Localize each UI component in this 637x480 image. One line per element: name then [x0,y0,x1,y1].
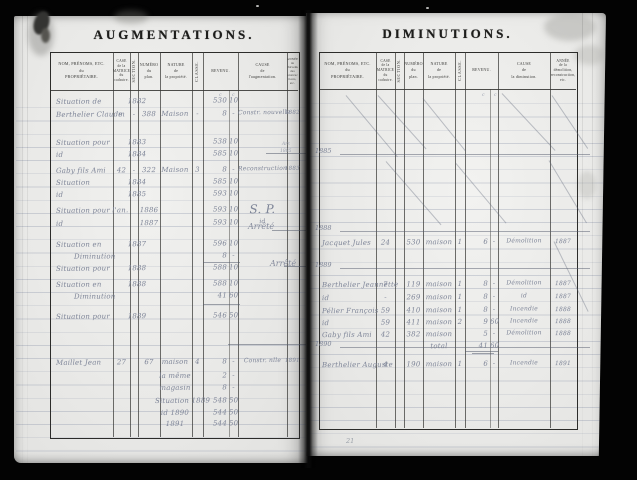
entry-nature: la même [155,372,195,380]
entry-revc: 60 [490,318,498,326]
entry-revf: 593 [203,189,227,197]
entry-cause: id [498,292,550,299]
entry-revc: - [490,238,498,246]
entry-name: Situation en [56,281,102,289]
entry-nature: Maison [155,110,195,118]
entry-case: 4 [376,361,395,369]
entry-revf: 9 [465,318,488,326]
entry-name: Situation pour l'an. [56,206,128,215]
entry-cause: Constr. nlle [238,357,287,364]
entry-revf: 585 [203,177,227,185]
entry-revc: - [490,330,498,338]
entry-revf: 8 [203,383,227,391]
ledger-entry-row: Maillet Jean2767maison48-Constr. nlle189… [14,357,308,372]
entry-name: Pélier François [322,307,379,315]
entry-classe: 1 [455,306,465,314]
entry-cause: Constr. nouvelle [238,109,287,116]
ledger-entry-row: 189154450 [14,419,308,434]
entry-revc: - [490,360,498,368]
handwritten-entries: Jacquet Jules24530maison16-Démolition188… [306,13,606,456]
entry-annee: 1888 [550,306,576,313]
entry-annee: 1882 [285,110,299,116]
entry-revc: 10 [229,239,238,247]
entry-name_in: Diminution [74,292,116,300]
entry-revf: 41 [203,291,227,299]
entry-name: Situation pour [56,264,110,272]
entry-nature: maison [420,280,458,288]
entry-cause: Démolition [498,279,550,286]
entry-revf: 8 [203,109,227,117]
page-number: 21 [346,437,354,445]
entry-revc: - [490,280,498,288]
entry-cause: Incendie [498,359,550,366]
entry-revc: 50 [229,396,238,404]
ledger-entry-row: Situation pour188858810 [14,263,308,278]
entry-revf: 8 [203,357,227,365]
entry-revc: - [490,306,498,314]
entry-case: 24 [376,239,395,247]
entry-annee: 1891 [285,358,299,364]
page-diminutions: DIMINUTIONS. NOM, PRÉNOMS, ETC. du PROPR… [306,13,606,456]
entry-revf: 5 [465,330,488,338]
ledger-entry-row: Berthelier Claudem-388Maison-8-Constr. n… [14,109,308,124]
entry-revc: 50 [229,408,238,416]
entry-sec: - [130,166,138,174]
entry-classe: 1 [455,280,465,288]
entry-revc: - [229,251,238,259]
entry-name: id [56,191,63,199]
entry-sec: - [130,110,138,118]
entry-revf: 593 [203,205,227,213]
ledger-entry-row: id188458510 [14,149,308,164]
entry-name: Gaby fils Ami [322,331,372,339]
entry-revc: 10 [229,189,238,197]
entry-revf: 8 [465,306,488,314]
entry-nature: maison [420,330,458,338]
entry-name: Situation en [56,241,102,249]
entry-nature: Maison [155,166,195,174]
entry-revc: 10 [229,137,238,145]
entry-revc: 50 [229,311,238,319]
entry-revf: 588 [203,279,227,287]
entry-mid: 1889 [114,312,160,320]
entry-revc: - [229,383,238,391]
entry-nature: 1891 [155,420,195,428]
entry-cause: Incendie [498,305,550,312]
entry-nature: maison [420,293,458,301]
entry-revf: 6 [465,360,488,368]
entry-name: Situation pour [56,312,110,320]
entry-revc: 60 [229,291,238,299]
entry-annee: 1883 [285,166,299,172]
entry-case: 7 [376,281,395,289]
entry-case: 59 [376,319,395,327]
entry-revc: - [229,165,238,173]
entry-nature: id 1890 [155,409,195,417]
entry-revf: 8 [203,165,227,173]
entry-case: - [376,294,395,302]
entry-revc: 10 [229,263,238,271]
entry-name_in: Diminution [74,252,116,260]
entry-revf: 41 [465,342,488,350]
entry-name: Situation de [56,98,102,106]
entry-revc: 10 [229,279,238,287]
entry-revf: 548 [203,396,227,404]
entry-nature: maison [420,306,458,314]
entry-nature: maison [420,318,458,326]
entry-mid: 1882 [114,97,160,105]
entry-revc: 60 [490,342,498,350]
entry-annee: 1888 [550,318,576,325]
ledger-entry-row: total4160 [306,341,606,356]
entry-case: 59 [376,307,395,315]
entry-num: 1886 [138,206,160,214]
entry-revf: 593 [203,218,227,226]
entry-cause_big: S. P. [238,202,287,216]
entry-mid: 1888 [114,280,160,288]
entry-annee: 1891 [550,360,576,367]
entry-classe: 2 [455,318,465,326]
entry-revf: 6 [465,238,488,246]
entry-revc: - [490,293,498,301]
entry-cause: Démolition [498,237,550,244]
scanned-ledger-spread: AUGMENTATIONS. NOM, PRÉNOMS, ETC. du PRO… [0,0,637,480]
entry-revf: 544 [203,408,227,416]
entry-revf: 585 [203,149,227,157]
entry-nature: Situation 1889 [155,397,195,405]
entry-case: 42 [376,331,395,339]
entry-revf: 2 [203,371,227,379]
entry-revf: 8 [465,280,488,288]
entry-revf: 530 [203,96,227,104]
entry-mid: 1888 [114,264,160,272]
entry-classe: 1 [455,238,465,246]
entry-name: Situation [56,179,90,187]
page-augmentations: AUGMENTATIONS. NOM, PRÉNOMS, ETC. du PRO… [14,16,308,463]
entry-name: Jacquet Jules [322,239,371,247]
entry-nature: maison [420,238,458,246]
entry-revc: 50 [229,419,238,427]
entry-revc: - [229,371,238,379]
entry-mid: 1887 [114,240,160,248]
entry-name: id [322,319,329,327]
entry-name: id [56,151,63,159]
entry-revf: 8 [465,293,488,301]
entry-revc: 10 [229,96,238,104]
entry-cause: Démolition [498,329,550,336]
entry-mid: 1884 [114,178,160,186]
entry-annee: 1887 [550,238,576,245]
ledger-entry-row: Diminution4160 [14,291,308,306]
entry-name: id [322,294,329,302]
entry-nature: total [420,342,458,350]
entry-revc: 10 [229,149,238,157]
entry-classe: 1 [455,360,465,368]
ledger-entry-row: Situation pour188954650 [14,311,308,326]
entry-mid: 1885 [114,190,160,198]
handwritten-entries: Situation de188253010Berthelier Claudem-… [14,16,308,463]
ledger-entry-row: id188759310id [14,218,308,233]
entry-revc: 10 [229,177,238,185]
entry-revc: - [229,357,238,365]
entry-classe: 4 [192,358,203,366]
entry-name: id [56,220,63,228]
entry-classe: 3 [192,166,203,174]
entry-classe: - [192,110,203,118]
entry-name: Situation pour [56,138,110,146]
entry-revf: 538 [203,137,227,145]
ledger-entry-row: Berthelier Auguste4190maison16-Incendie1… [306,359,606,374]
entry-num: 1887 [138,219,160,227]
book-gutter-shadow [298,10,318,468]
entry-revc: 10 [229,218,238,226]
entry-cause: Incendie [498,317,550,324]
entry-nature: magasin [155,384,195,392]
entry-revf: 544 [203,419,227,427]
entry-nature: maison [420,360,458,368]
scan-speck [426,7,429,9]
entry-case: m [113,110,130,118]
entry-revf: 8 [203,251,227,259]
entry-annee: 1887 [550,280,576,287]
ledger-entry-row: Jacquet Jules24530maison16-Démolition188… [306,237,606,252]
entry-cause: Reconstruction [238,165,287,172]
entry-mid: 1883 [114,138,160,146]
entry-revf: 546 [203,311,227,319]
entry-revc: 10 [229,205,238,213]
entry-case: 42 [113,166,130,174]
entry-name: Gaby fils Ami [56,166,106,174]
entry-cause: id [238,218,287,225]
entry-name: Maillet Jean [56,359,101,367]
entry-annee: 1887 [550,293,576,300]
entry-classe: 1 [455,293,465,301]
entry-annee: 1888 [550,330,576,337]
entry-revc: - [229,109,238,117]
entry-nature: maison [155,358,195,366]
entry-mid: 1884 [114,150,160,158]
scan-speck [256,5,259,7]
entry-revf: 596 [203,239,227,247]
entry-revf: 588 [203,263,227,271]
entry-case: 27 [113,358,130,366]
